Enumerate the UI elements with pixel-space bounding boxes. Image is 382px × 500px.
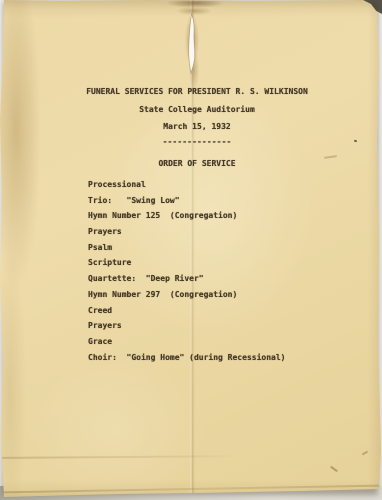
order-item: Hymn Number 297 (Congregation): [88, 287, 285, 303]
order-item: Scripture: [88, 255, 285, 271]
venue-line: State College Auditorium: [59, 105, 335, 115]
order-item: Creed: [88, 303, 285, 319]
section-heading: ORDER OF SERVICE: [59, 159, 335, 169]
order-item: Choir: "Going Home" (during Recessional): [88, 350, 285, 366]
paper-sheet: FUNERAL SERVICES FOR PRESIDENT R. S. WIL…: [0, 0, 382, 500]
order-item: Trio: "Swing Low": [88, 193, 285, 209]
order-item: Prayers: [88, 224, 285, 240]
order-item: Psalm: [88, 240, 285, 256]
order-item: Hymn Number 125 (Congregation): [88, 208, 285, 224]
order-item: Prayers: [88, 318, 285, 334]
scanned-document-photo: FUNERAL SERVICES FOR PRESIDENT R. S. WIL…: [0, 0, 382, 500]
order-item: Quartette: "Deep River": [88, 271, 285, 287]
order-of-service-list: Processional Trio: "Swing Low" Hymn Numb…: [88, 177, 285, 365]
order-item: Grace: [88, 334, 285, 350]
order-item: Processional: [88, 177, 285, 193]
date-line: March 15, 1932: [59, 122, 335, 132]
divider-dashes: --------------: [59, 137, 335, 147]
document-title: FUNERAL SERVICES FOR PRESIDENT R. S. WIL…: [59, 87, 335, 97]
typewritten-content: FUNERAL SERVICES FOR PRESIDENT R. S. WIL…: [0, 0, 382, 500]
